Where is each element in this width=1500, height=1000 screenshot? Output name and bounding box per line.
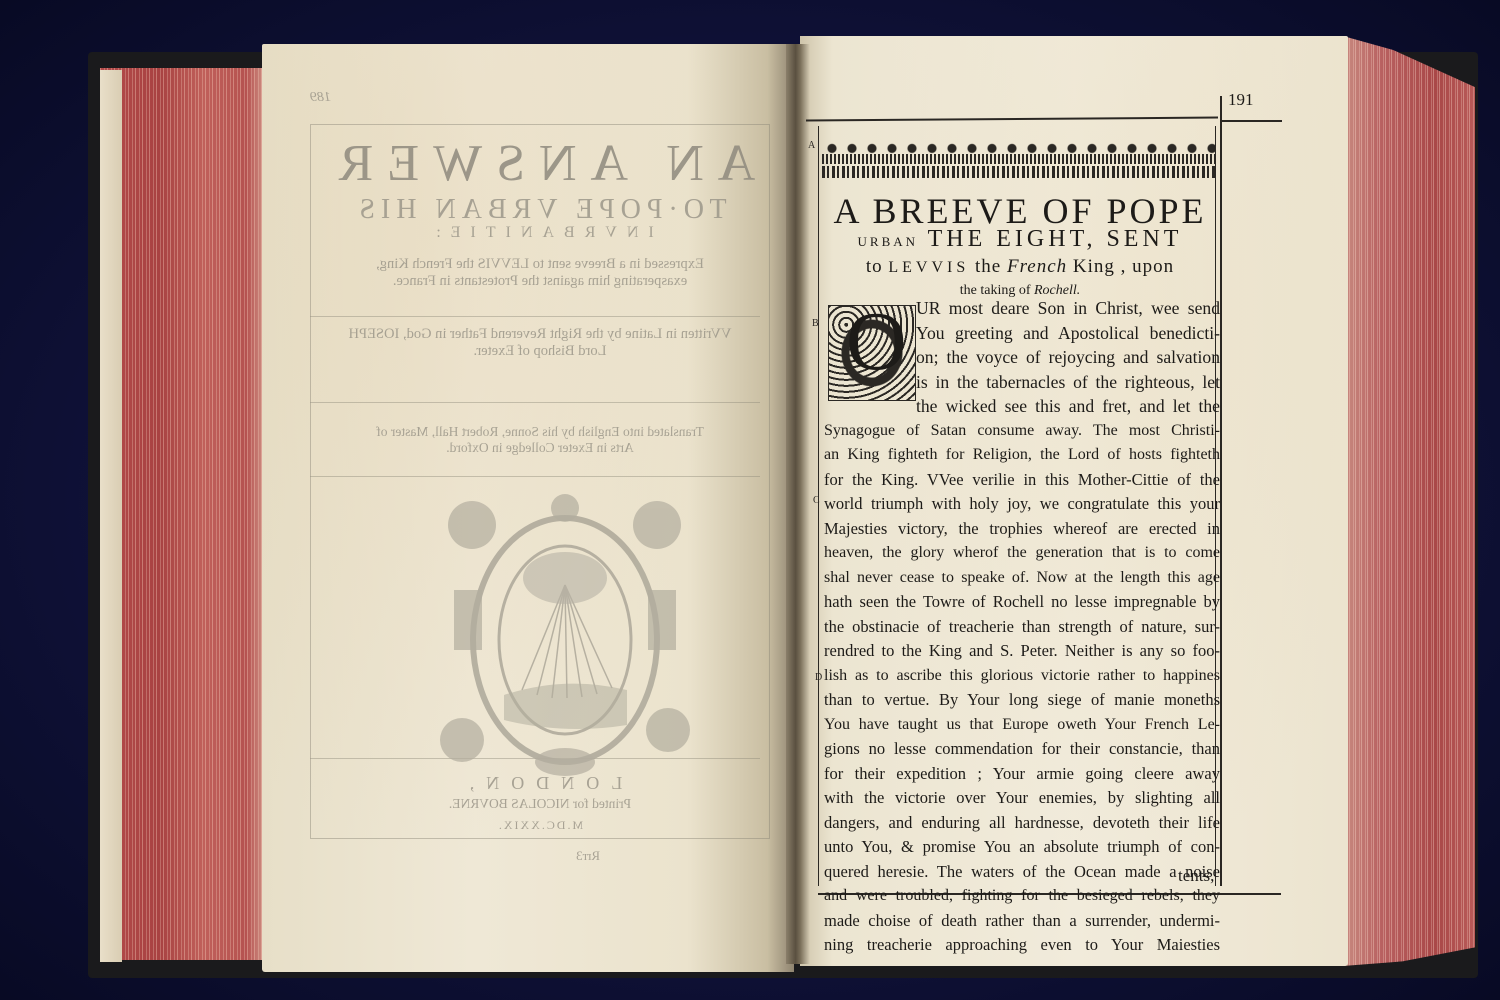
text-line: rendred to the King and S. Peter. Neithe… xyxy=(824,639,1220,664)
text-line: the wicked see this and fret, and let th… xyxy=(824,394,1220,419)
title-line-1: AN ANSWER xyxy=(300,134,780,193)
title-line-3: INVRBANITIE: xyxy=(300,224,780,242)
text-line: dangers, and enduring all hardnesse, dev… xyxy=(824,811,1220,836)
margin-rule xyxy=(1220,96,1222,886)
body-text: UR most deare Son in Christ, wee send Yo… xyxy=(824,296,1220,958)
imprint-year: M.DC.XXIX. xyxy=(300,818,780,833)
text-line: world triumph with holy joy, we congratu… xyxy=(824,492,1220,517)
page-number: 191 xyxy=(1228,90,1254,110)
text-line: ning treacherie approaching even to Your… xyxy=(824,933,1220,958)
oval-engraving-sunburst-icon xyxy=(432,490,698,782)
text-line: Synagogue of Satan consume away. The mos… xyxy=(824,419,1220,444)
heading-king-upon: King , upon xyxy=(1073,256,1174,277)
fore-edge-left xyxy=(100,68,272,960)
heading-line-3: to LEVVIS the French King , upon xyxy=(822,256,1218,278)
heading-to: to xyxy=(866,256,883,277)
translator-line: Translated into English by his Sonne, Ro… xyxy=(300,424,780,456)
signature-mark: Rrr3 xyxy=(576,848,600,864)
gutter xyxy=(786,44,810,964)
text-line: You have taught us that Europe oweth You… xyxy=(824,713,1220,738)
text-line: unto You, & promise You an absolute triu… xyxy=(824,835,1220,860)
heading-the: the xyxy=(975,256,1001,277)
margin-letter-d: D xyxy=(815,672,822,683)
text-line: Majesties victory, the trophies whereof … xyxy=(824,517,1220,542)
author-line: VVritten in Latine by the Right Reverend… xyxy=(300,326,780,360)
text-line: for the King. VVee verilie in this Mothe… xyxy=(824,468,1220,493)
margin-letter-c: C xyxy=(813,495,820,506)
title-line-2: TO·POPE VRBAN HIS xyxy=(300,194,780,226)
text-line: on; the voyce of rejoycing and salvation xyxy=(824,345,1220,370)
text-line: shal never cease to speake of. Now at th… xyxy=(824,566,1220,591)
text-line: an King fighteth for Religion, the Lord … xyxy=(824,443,1220,468)
text-line: and were troubled, fighting for the besi… xyxy=(824,884,1220,909)
text-line: for their expedition ; Your armie going … xyxy=(824,762,1220,787)
divider xyxy=(310,476,760,477)
text-line: lish as to ascribe this glorious victori… xyxy=(824,664,1220,689)
text-line: heaven, the glory wherof the generation … xyxy=(824,541,1220,566)
text-line: with the victorie over Your enemies, by … xyxy=(824,786,1220,811)
subtitle: Expressed in a Breeve sent to LEVVIS the… xyxy=(300,256,780,290)
heading-levvis: LEVVIS xyxy=(888,259,969,276)
divider xyxy=(310,402,760,403)
header-rule xyxy=(1220,120,1282,122)
margin-letter-b: B xyxy=(812,318,819,329)
heading-line-2: URBAN THE EIGHT, SENT xyxy=(822,226,1218,253)
text-line: the obstinacie of treacherie than streng… xyxy=(824,615,1220,640)
text-line: You greeting and Apostolical benedicti- xyxy=(824,321,1220,346)
text-line: hath seen the Towre of Rochell no lesse … xyxy=(824,590,1220,615)
heading-urban: URBAN xyxy=(858,234,919,249)
text-line: quered heresie. The waters of the Ocean … xyxy=(824,860,1220,885)
page-number: 189 xyxy=(310,90,331,106)
heading-line-2-text: THE EIGHT, SENT xyxy=(928,226,1183,252)
text-line: than to vertue. By Your long siege of ma… xyxy=(824,688,1220,713)
catchword: tents, xyxy=(1178,866,1214,886)
text-line: gions no lesse commendation for their co… xyxy=(824,737,1220,762)
divider xyxy=(310,316,760,317)
headpiece-ornament-icon xyxy=(822,140,1216,180)
endpaper-edge xyxy=(100,70,122,962)
imprint-printer: Printed for NICOLAS BOVRNE. xyxy=(300,796,780,812)
text-line: is in the tabernacles of the righteous, … xyxy=(824,370,1220,395)
text-line: made choise of death rather than a surre… xyxy=(824,909,1220,934)
margin-letter-a: A xyxy=(808,140,815,151)
text-line: UR most deare Son in Christ, wee send xyxy=(824,296,1220,321)
heading-french: French xyxy=(1007,256,1067,277)
fore-edge-right xyxy=(1343,36,1475,966)
